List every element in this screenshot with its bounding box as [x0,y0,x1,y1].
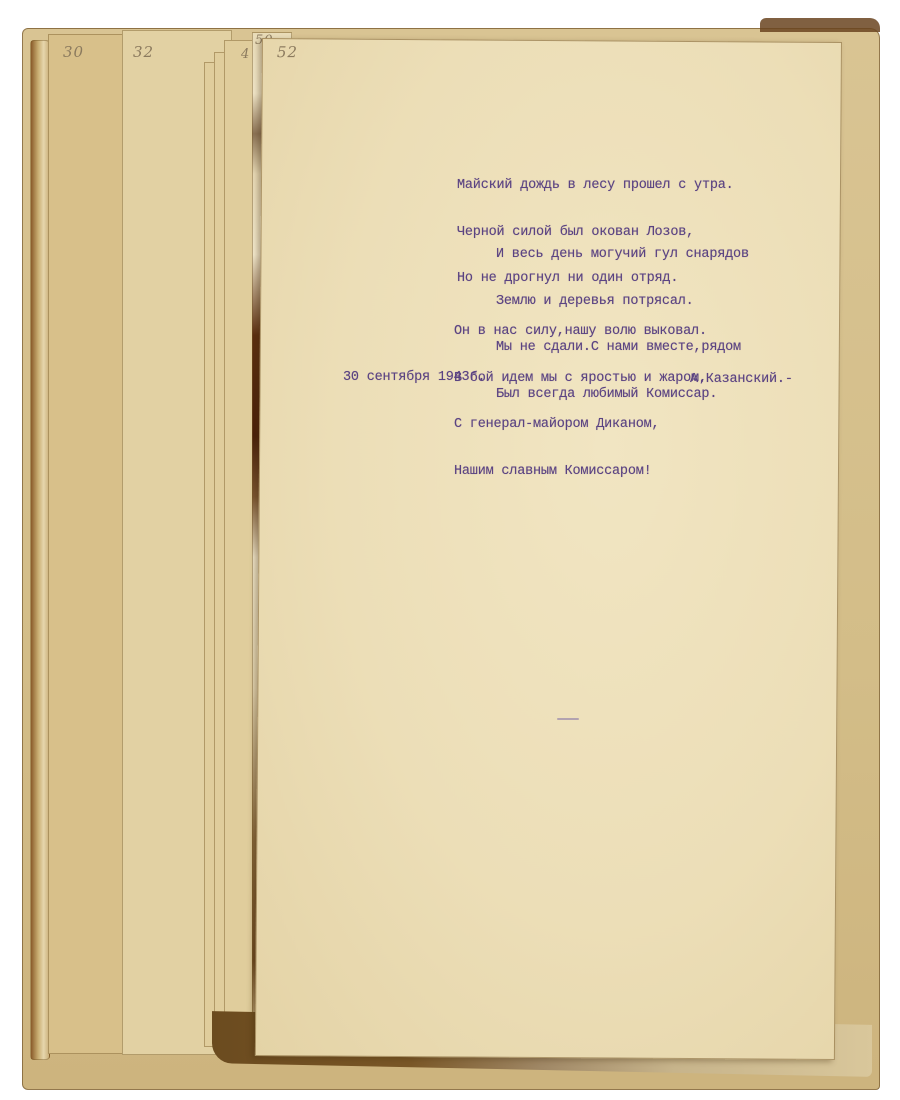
poem-line: С генерал-майором Диканом, [454,417,707,433]
poem-line: Майский дождь в лесу прошел с утра. [457,178,734,194]
binding-edge [30,40,50,1060]
page-number-30: 30 [63,43,84,61]
stray-ink-mark [557,718,579,720]
cover-torn-edge [760,18,880,32]
poem-line: В бой идем мы с яростью и жаром, [454,371,707,387]
poem-line: И весь день могучий гул снарядов [496,247,749,263]
poem-date: 30 сентября 1943г. [343,370,485,386]
poem-line: Нашим славным Комиссаром! [454,464,707,480]
poem-stanza-3: Он в нас силу,нашу волю выковал. В бой и… [454,293,707,510]
document-stack: 30 32 4 50 52 Майский дождь в лесу проше… [0,0,900,1100]
poem-line: Он в нас силу,нашу волю выковал. [454,324,707,340]
page-number-4: 4 [241,47,250,62]
page-number-52: 52 [277,43,298,61]
page-number-32: 32 [133,43,154,61]
poem-signature: А.Казанский.- [690,372,793,388]
